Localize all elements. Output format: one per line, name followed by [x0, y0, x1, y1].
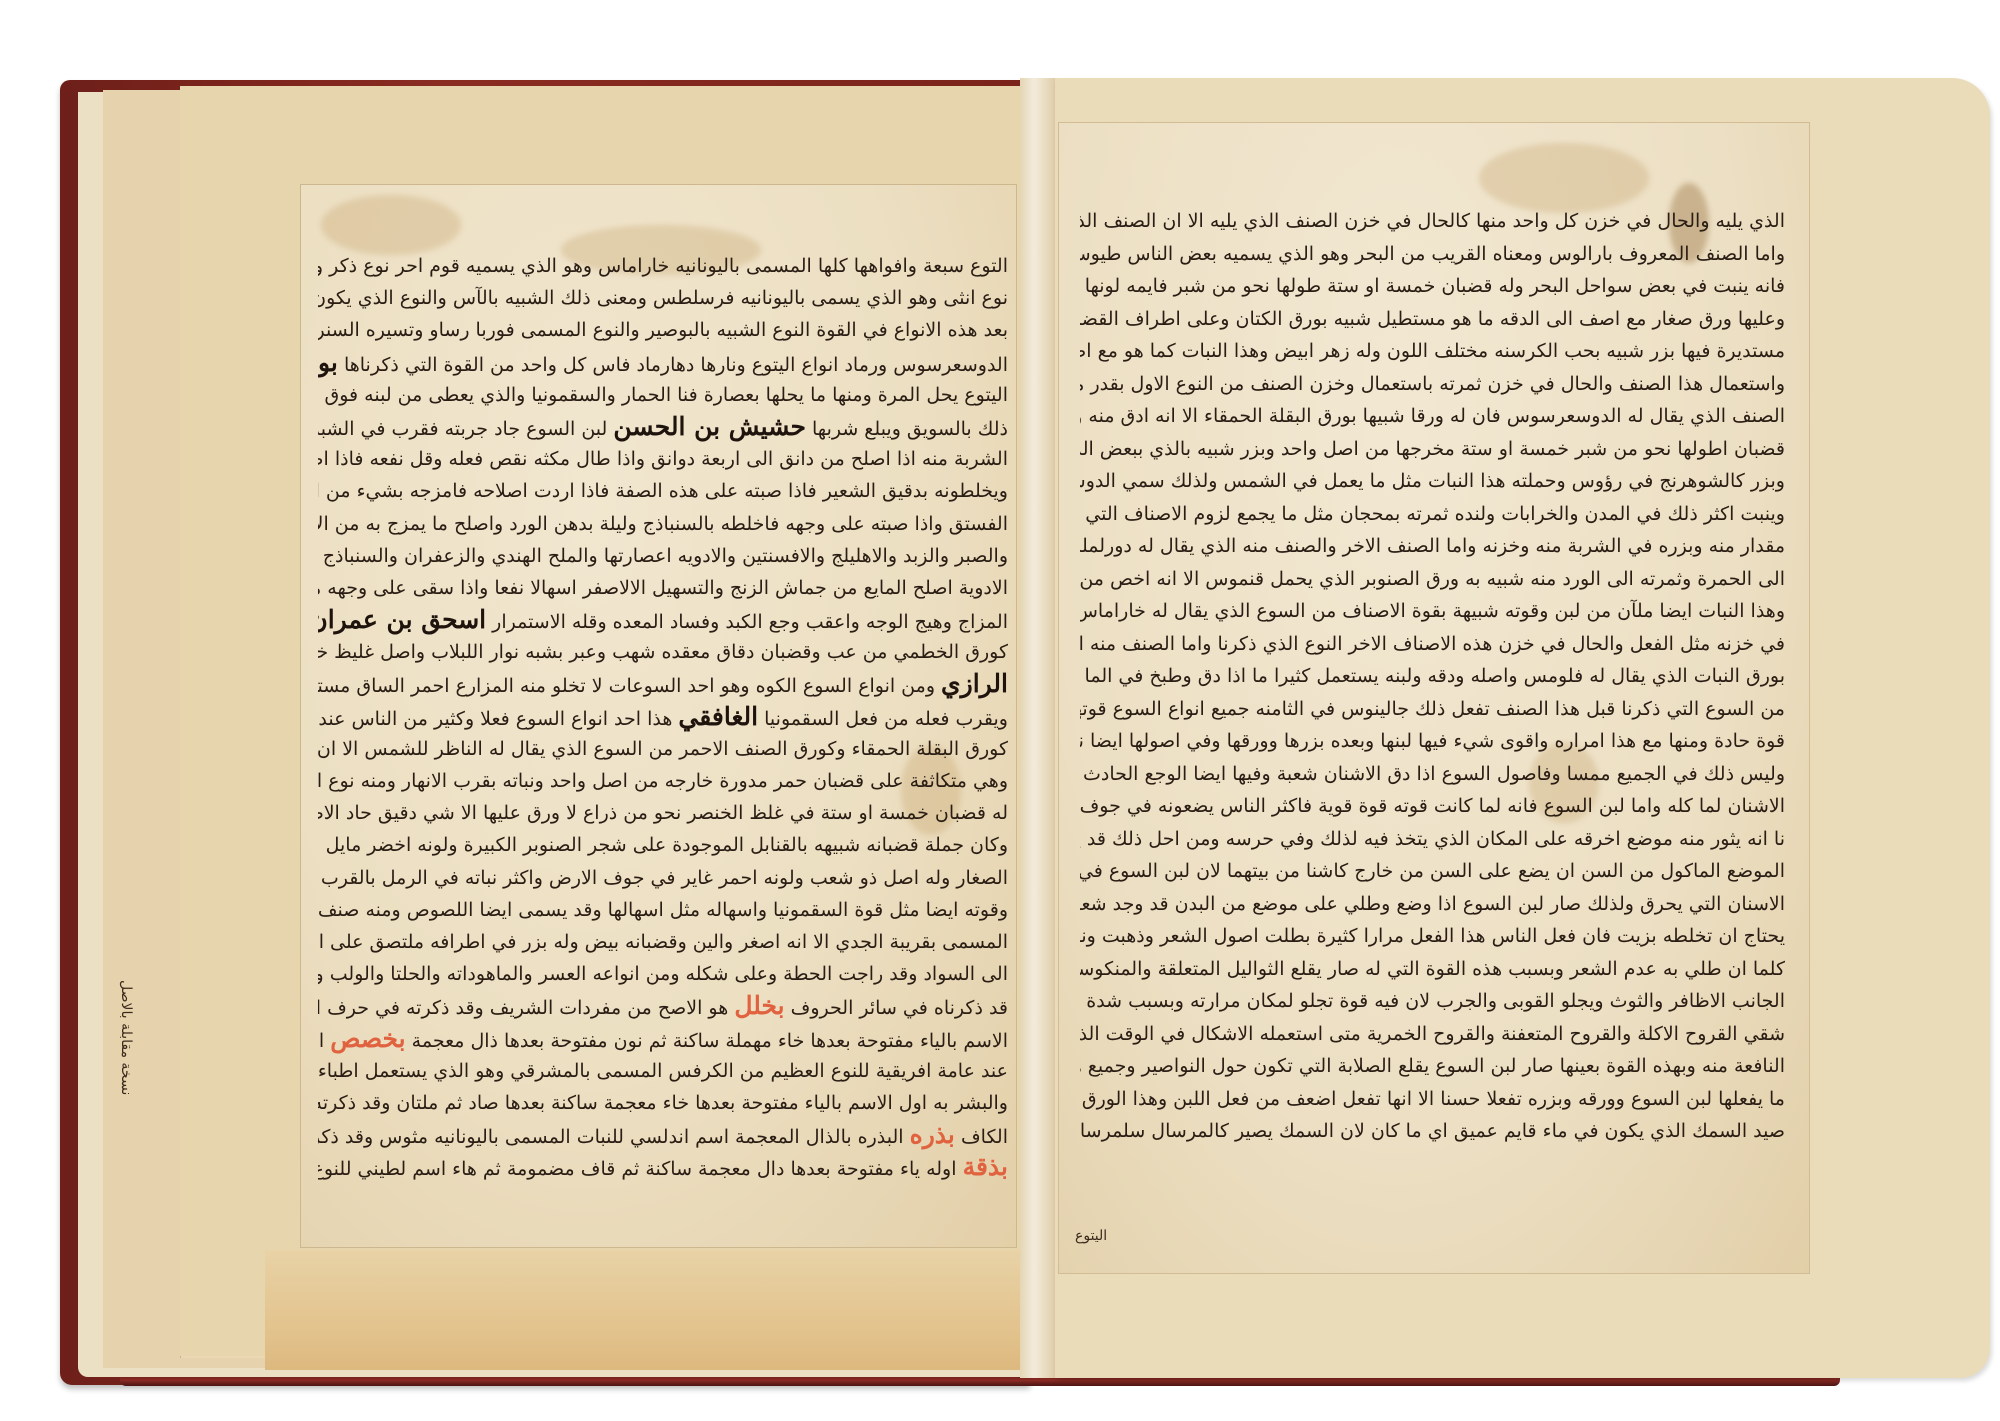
text-line: الصنف الذي يقال له الدوسعرسوس فان له ورق…: [1080, 400, 1785, 433]
text-line: قوة حادة ومنها مع هذا امراره واقوى شيء ف…: [1080, 725, 1785, 758]
text-line: وقوته ايضا مثل قوة السقمونيا واسهاله مثل…: [318, 894, 1008, 926]
text-line: اليتوع يحل المرة ومنها ما يحلها بعصارة ف…: [318, 379, 1008, 411]
text-line-body: ذلك بالسويق ويبلع شربها: [812, 418, 1008, 440]
text-line: الى الحمرة وثمرته الى الورد منه شبيه به …: [1080, 563, 1785, 596]
text-line: ويقرب فعله من فعل السقمونيا الغافقي هذا …: [318, 701, 1008, 733]
text-line: يحتاج ان تخلطه بزيت فان فعل الناس هذا ال…: [1080, 920, 1785, 953]
text-line: الصغار وله اصل ذو شعب ولونه احمر غاير في…: [318, 862, 1008, 894]
rubric-heading: بذقة: [963, 1152, 1008, 1181]
text-line: ويخلطونه بدقيق الشعير فاذا صبته على هذه …: [318, 475, 1008, 507]
text-line: بعد هذه الانواع في القوة النوع الشبيه با…: [318, 314, 1008, 346]
text-line-body: الدوسعرسوس ورماد انواع اليتوع ونارها دها…: [344, 354, 1008, 376]
rubric-heading: بخلل: [734, 991, 784, 1020]
text-line: عند عامة افريقية للنوع العظيم من الكرفس …: [318, 1055, 1008, 1087]
text-line: قد ذكرناه في سائر الحروف بخلل هو الاصح م…: [318, 990, 1008, 1022]
text-line: من السوع التي ذكرنا قبل هذا الصنف تفعل ذ…: [1080, 693, 1785, 726]
text-line: التوع سبعة وافواهها كلها المسمى باليونان…: [318, 250, 1008, 282]
text-line: بذقة اوله ياء مفتوحة بعدها دال معجمة ساك…: [318, 1151, 1008, 1183]
text-line: والصبر والزبد والاهليلج والافسنتين والاد…: [318, 540, 1008, 572]
text-line: الى السواد وقد راجت الحطة وعلى شكله ومن …: [318, 958, 1008, 990]
text-line: وهي متكاثفة على قضبان حمر مدورة خارجه من…: [318, 765, 1008, 797]
margin-note: نسخة مقابلة بالاصل: [112, 980, 134, 1240]
text-line-body: المزاج وهيج الوجه واعقب وجع الكبد وفساد …: [492, 611, 1008, 633]
text-line: في خزنه مثل الفعل والحال في خزن هذه الاص…: [1080, 628, 1785, 661]
text-line-body: لبن السوع جاد جربته فقرب في الشبه من الس…: [318, 418, 607, 440]
text-line: وهذا النبات ايضا ملآن من لبن وقوته شبيهة…: [1080, 595, 1785, 628]
text-line: بورق النبات الذي يقال له فلومس واصله ودق…: [1080, 660, 1785, 693]
text-line: نا انه يثور منه موضع اخرقه على المكان ال…: [1080, 823, 1785, 856]
text-line: الرازي ومن انواع السوع الكوه وهو احد الس…: [318, 668, 1008, 700]
text-line: كورق البقلة الحمقاء وكورق الصنف الاحمر م…: [318, 733, 1008, 765]
text-line: الجانب الاظافر والثوث ويجلو القوبى والجر…: [1080, 985, 1785, 1018]
text-line: الادوية اصلح المايع من جماش الزنج والتسه…: [318, 572, 1008, 604]
text-line: وينبت اكثر ذلك في المدن والخرابات ولنده …: [1080, 498, 1785, 531]
text-line-body: قد ذكرناه في سائر الحروف: [791, 997, 1008, 1019]
rubric-heading: بذره: [910, 1120, 955, 1149]
text-line: ما يفعلها لبن السوع وورقه وبزره تفعلا حس…: [1080, 1083, 1785, 1116]
author-heading: الغافقي: [678, 702, 758, 731]
text-line: الكاف بذره البذره بالذال المعجمة اسم اند…: [318, 1119, 1008, 1151]
text-line: الاسم بالياء مفتوحة بعدها خاء مهملة ساكن…: [318, 1023, 1008, 1055]
text-line: نوع انثى وهو الذي يسمى باليونانيه فرسلطس…: [318, 282, 1008, 314]
text-line-body: هو الاصح من مفردات الشريف وقد ذكرته في ح…: [318, 997, 728, 1019]
text-line-body: ويقرب فعله من فعل السقمونيا: [764, 708, 1008, 730]
text-line: صيد السمك الذي يكون في ماء قايم عميق اي …: [1080, 1115, 1785, 1148]
text-line-body: اوله ياء مفتوحة بعدها دال معجمة ساكنة ثم…: [318, 1158, 957, 1180]
text-line: واما الصنف المعروف بارالوس ومعناه القريب…: [1080, 238, 1785, 271]
text-line: قضبان اطولها نحو من شبر خمسة او ستة مخرج…: [1080, 433, 1785, 466]
text-line: الشربة منه اذا اصلح من دانق الى اربعة دو…: [318, 443, 1008, 475]
text-line: الاشنان لما كله واما لبن السوع فانه لما …: [1080, 790, 1785, 823]
text-line: النافعة منه وبهذه القوة بعينها صار لبن ا…: [1080, 1050, 1785, 1083]
text-line: والبشر به اول الاسم بالياء مفتوحة بعدها …: [318, 1087, 1008, 1119]
text-line: الاسنان التي يحرق ولذلك صار لبن السوع اذ…: [1080, 888, 1785, 921]
text-line: وعليها ورق صغار مع اصف الى الدقه ما هو م…: [1080, 303, 1785, 336]
foxing-stain: [1479, 143, 1649, 213]
text-line: الفستق واذا صبته على وجهه فاخلطه بالسنبا…: [318, 508, 1008, 540]
foxing-stain: [321, 195, 461, 255]
author-heading: اسحق بن عمران: [318, 605, 486, 634]
text-line: ذلك بالسويق ويبلع شربها حشيش بن الحسن لب…: [318, 411, 1008, 443]
text-line-body: اسم بربري: [318, 1030, 324, 1052]
rubric-heading: بخصص: [330, 1024, 405, 1053]
text-line: وبزر كالشوهرنج في رؤوس وحملته هذا النبات…: [1080, 465, 1785, 498]
left-page-body: التوع سبعة وافواهها كلها المسمى باليونان…: [318, 250, 1008, 1183]
catchword: اليتوع: [1075, 1228, 1107, 1244]
author-heading: الرازي: [941, 669, 1008, 698]
author-heading: حشيش بن الحسن: [613, 412, 806, 441]
gutter-fold: [1020, 78, 1060, 1378]
text-line: مستديرة فيها بزر شبيه بحب الكرسنه مختلف …: [1080, 335, 1785, 368]
text-line: فانه ينبت في بعض سواحل البحر وله قضبان خ…: [1080, 270, 1785, 303]
text-line: كلما ان طلي به عدم الشعر وبسبب هذه القوة…: [1080, 953, 1785, 986]
text-line-body: هذا احد انواع السوع فعلا وكثير من الناس …: [318, 708, 672, 730]
text-line: شقي القروح الاكلة والقروح المتعفنة والقر…: [1080, 1018, 1785, 1051]
text-line: واستعمال هذا الصنف والحال في خزن ثمرته ب…: [1080, 368, 1785, 401]
text-line: الموضع الماكول من السن ان يضع على السن م…: [1080, 855, 1785, 888]
text-line: وكان جملة قضبانه شبيهه بالقنابل الموجودة…: [318, 829, 1008, 861]
text-line-body: الكاف: [961, 1126, 1008, 1148]
text-line: له قضبان خمسة او ستة في غلظ الخنصر نحو م…: [318, 797, 1008, 829]
text-line-body: ومن انواع السوع الكوه وهو احد السوعات لا…: [318, 675, 935, 697]
text-line-body: الاسم بالياء مفتوحة بعدها خاء مهملة ساكن…: [412, 1030, 1008, 1052]
right-page-body: الذي يليه والحال في خزن كل واحد منها كال…: [1080, 205, 1785, 1148]
manuscript-book: نسخة مقابلة بالاصل التوع سبعة وافواهها ك…: [0, 0, 2000, 1421]
left-page-water-stain: [265, 1250, 1020, 1370]
author-heading: بولس: [318, 348, 338, 377]
text-line: مقدار منه وبزره في الشربة منه وخزنه واما…: [1080, 530, 1785, 563]
text-line: المسمى بقريبة الجدي الا انه اصغر والين و…: [318, 926, 1008, 958]
text-line: وليس ذلك في الجميع ممسا وفاصول السوع اذا…: [1080, 758, 1785, 791]
text-line-body: البذره بالذال المعجمة اسم اندلسي للنبات …: [318, 1126, 904, 1148]
text-line: المزاج وهيج الوجه واعقب وجع الكبد وفساد …: [318, 604, 1008, 636]
text-line: الذي يليه والحال في خزن كل واحد منها كال…: [1080, 205, 1785, 238]
text-line: كورق الخطمي من عب وقضبان دقاق معقده شهب …: [318, 636, 1008, 668]
text-line: الدوسعرسوس ورماد انواع اليتوع ونارها دها…: [318, 347, 1008, 379]
